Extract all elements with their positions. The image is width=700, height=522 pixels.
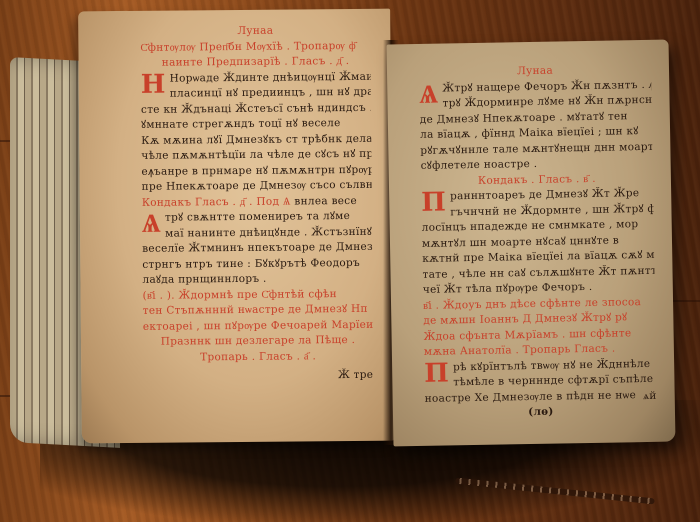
- dropcap-initial: Ѧ: [419, 81, 439, 107]
- dropcap-initial: Н: [141, 71, 166, 97]
- left-page: Лунаа С҃фнтѹлѹ Преп҃бн Мѹхїѣ . Тропарѹ ф…: [78, 9, 394, 444]
- dropcap-initial: П: [424, 360, 449, 386]
- text-line: тен Стъпѫнннй нѡастре де Дмнезꙋ Нп: [143, 302, 373, 320]
- dropcap-initial: П: [421, 189, 446, 215]
- catchword: Ӂ тре: [143, 368, 373, 386]
- text-line: веселїе Ӂтмнинъ нпекътоаре де Дмнезꙋ: [142, 240, 372, 258]
- catchword: ѧй: [643, 389, 657, 405]
- text-line: Тропарь . Гласъ . а҃ .: [143, 348, 373, 366]
- text-line: пре Нпекѫтоаре де Дмнезѹ съсо сълвнм .: [142, 178, 372, 196]
- text-line-tail: внлеа весе: [294, 194, 357, 207]
- text-line: Празннк шн дезлегаре ла Пѣще .: [143, 333, 373, 351]
- left-page-text: Лунаа С҃фнтѹлѹ Преп҃бн Мѹхїѣ . Тропарѹ ф…: [140, 23, 373, 385]
- text-line: пласинцї нꙋ предиинцъ , шн нꙋ драго: [170, 85, 371, 102]
- text-line: чѣле пѫмѫнтѣцїи ла чѣле де сꙋсъ нꙋ пр: [141, 147, 371, 165]
- text-line: ꙋмннате стрегѫндъ тоцї нꙋ веселе: [141, 116, 371, 134]
- right-page: Лунаа Ѧ Ӂтрꙋ нащере Фечоръ Ӂн пѫзнтъ . ꙟ…: [387, 40, 676, 447]
- page-number: (лѳ): [425, 403, 657, 423]
- dropcap-initial: Ѧ: [142, 211, 161, 237]
- text-line: трꙋ свѫнтте помениреъ та лꙋме: [165, 209, 372, 226]
- text-line: маї нанинте днѣицꙋнде . Ӂстъзнїнꙋ: [165, 224, 372, 241]
- text-line: Норѡаде Ӂдинте днѣицѹнцї Ӂмаинн: [170, 69, 371, 86]
- text-line: Кондакъ Гласъ . д҃ . Под Ѧ: [142, 195, 291, 208]
- text-line: наинте Предпизарїѣ . Гласъ . д҃ .: [141, 54, 371, 72]
- right-page-text: Лунаа Ѧ Ӂтрꙋ нащере Фечоръ Ӂн пѫзнтъ . ꙟ…: [419, 62, 657, 422]
- text-line: стрнгъ нтръ тине : Бꙋкꙋрътѣ Феодоръ: [142, 255, 372, 273]
